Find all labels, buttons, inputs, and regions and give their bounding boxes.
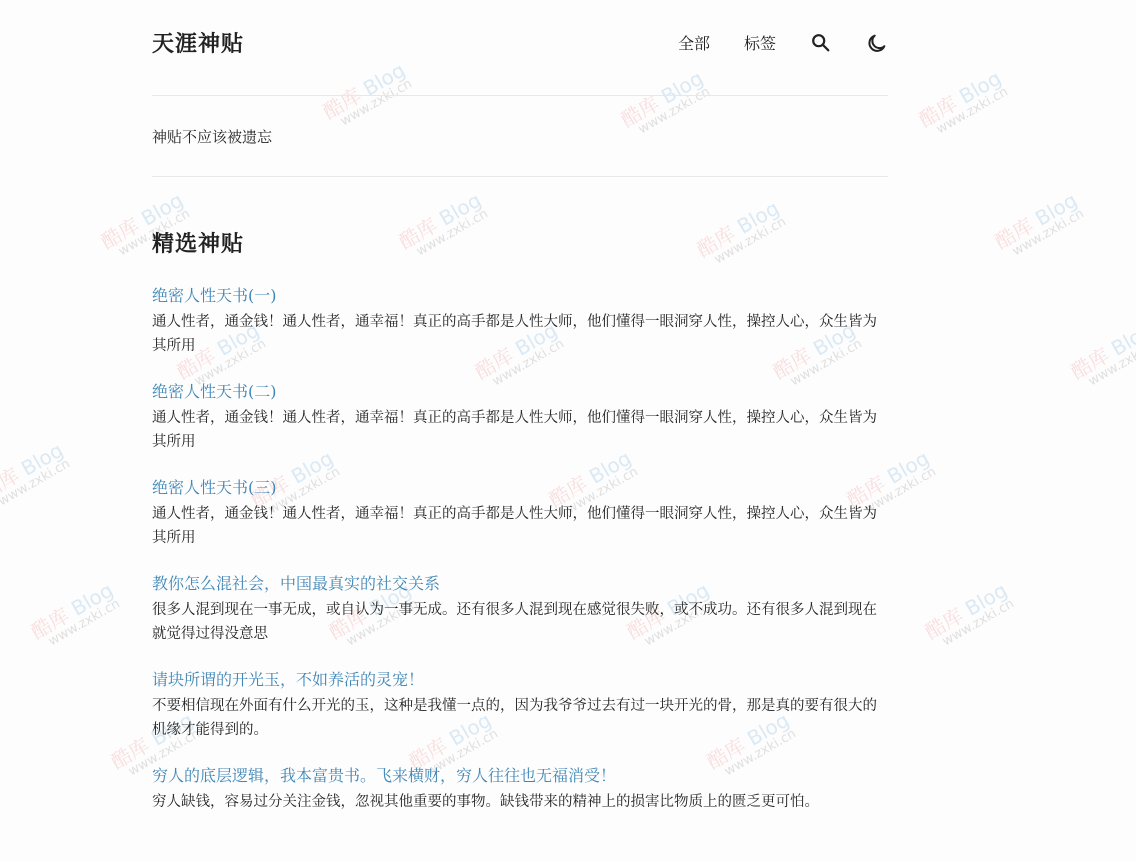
post-item: 教你怎么混社会，中国最真实的社交关系 很多人混到现在一事无成，或自认为一事无成。… <box>152 572 888 646</box>
post-excerpt: 通人性者，通金钱！通人性者，通幸福！真正的高手都是人性大师，他们懂得一眼洞穿人性… <box>152 406 888 454</box>
post-item: 绝密人性天书(三) 通人性者，通金钱！通人性者，通幸福！真正的高手都是人性大师，… <box>152 476 888 550</box>
post-item: 请块所谓的开光玉，不如养活的灵宠！ 不要相信现在外面有什么开光的玉，这种是我懂一… <box>152 668 888 742</box>
post-title-link[interactable]: 教你怎么混社会，中国最真实的社交关系 <box>152 572 888 596</box>
post-title-link[interactable]: 绝密人性天书(三) <box>152 476 888 500</box>
watermark: 酷库 Blogwww.zxki.cn <box>916 68 1011 142</box>
post-excerpt: 穷人缺钱，容易过分关注金钱，忽视其他重要的事物。缺钱带来的精神上的损害比物质上的… <box>152 790 888 814</box>
post-item: 绝密人性天书(一) 通人性者，通金钱！通人性者，通幸福！真正的高手都是人性大师，… <box>152 284 888 358</box>
site-tagline: 神贴不应该被遗忘 <box>152 96 888 177</box>
post-excerpt: 很多人混到现在一事无成，或自认为一事无成。还有很多人混到现在感觉很失败，或不成功… <box>152 598 888 646</box>
watermark: 酷库 Blogwww.zxki.cn <box>0 440 73 514</box>
section-title: 精选神贴 <box>152 227 888 258</box>
page-container: 天涯神贴 全部 标签 神贴不应该被遗忘 精选神贴 绝密人性天书(一) 通人性者，… <box>152 0 888 836</box>
search-button[interactable] <box>810 32 832 54</box>
main-nav: 全部 标签 <box>678 31 888 54</box>
post-item: 穷人的底层逻辑，我本富贵书。飞来横财，穷人往往也无福消受！ 穷人缺钱，容易过分关… <box>152 764 888 814</box>
watermark: 酷库 Blogwww.zxki.cn <box>1068 320 1136 394</box>
watermark: 酷库 Blogwww.zxki.cn <box>922 580 1017 654</box>
nav-item-tags[interactable]: 标签 <box>744 31 776 54</box>
site-title[interactable]: 天涯神贴 <box>152 27 244 58</box>
watermark: 酷库 Blogwww.zxki.cn <box>28 580 123 654</box>
nav-item-all[interactable]: 全部 <box>678 31 710 54</box>
site-header: 天涯神贴 全部 标签 <box>152 0 888 96</box>
post-title-link[interactable]: 穷人的底层逻辑，我本富贵书。飞来横财，穷人往往也无福消受！ <box>152 764 888 788</box>
search-icon <box>810 32 832 54</box>
post-excerpt: 通人性者，通金钱！通人性者，通幸福！真正的高手都是人性大师，他们懂得一眼洞穿人性… <box>152 502 888 550</box>
moon-icon <box>866 32 888 54</box>
post-title-link[interactable]: 请块所谓的开光玉，不如养活的灵宠！ <box>152 668 888 692</box>
theme-toggle-button[interactable] <box>866 32 888 54</box>
watermark: 酷库 Blogwww.zxki.cn <box>992 190 1087 264</box>
post-title-link[interactable]: 绝密人性天书(二) <box>152 380 888 404</box>
featured-section: 精选神贴 绝密人性天书(一) 通人性者，通金钱！通人性者，通幸福！真正的高手都是… <box>152 227 888 814</box>
post-excerpt: 不要相信现在外面有什么开光的玉，这种是我懂一点的，因为我爷爷过去有过一块开光的骨… <box>152 694 888 742</box>
post-title-link[interactable]: 绝密人性天书(一) <box>152 284 888 308</box>
post-item: 绝密人性天书(二) 通人性者，通金钱！通人性者，通幸福！真正的高手都是人性大师，… <box>152 380 888 454</box>
post-excerpt: 通人性者，通金钱！通人性者，通幸福！真正的高手都是人性大师，他们懂得一眼洞穿人性… <box>152 310 888 358</box>
